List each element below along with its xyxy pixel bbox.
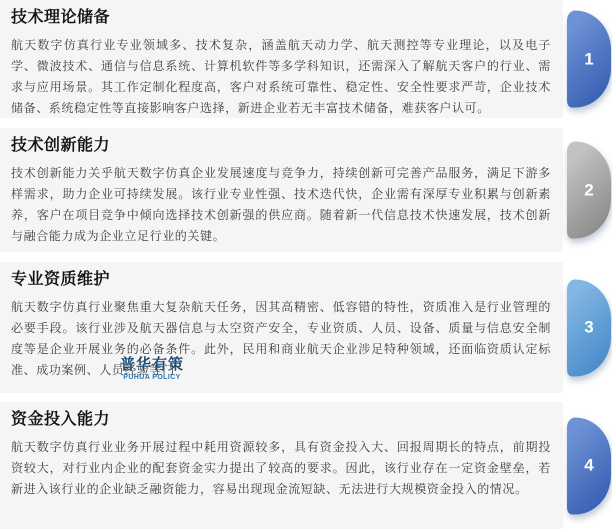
number-badge-1: 1 [567, 11, 611, 108]
infographic-canvas: 技术理论储备 航天数字仿真行业专业领域多、技术复杂，涵盖航天动力学、航天测控等专… [0, 0, 612, 529]
section-body-text: 技术创新能力关乎航天数字仿真企业发展速度与竞争力，持续创新可完善产品服务，满足下… [11, 163, 551, 247]
section-card: 资金投入能力 航天数字仿真行业业务开展过程中耗用资源较多，具有资金投入大、回报周… [0, 402, 563, 529]
section-innovation-capability: 技术创新能力 技术创新能力关乎航天数字仿真企业发展速度与竞争力，持续创新可完善产… [0, 128, 612, 252]
badge-number: 3 [584, 318, 593, 338]
badge-number: 4 [584, 456, 593, 476]
section-body-text: 航天数字仿真行业业务开展过程中耗用资源较多，具有资金投入大、回报周期长的特点，前… [11, 437, 551, 500]
section-title: 技术理论储备 [11, 7, 551, 29]
section-card: 专业资质维护 航天数字仿真行业聚焦重大复杂航天任务，因其高精密、低容错的特性，资… [0, 262, 563, 393]
badge-number: 1 [584, 49, 593, 69]
section-qualification-maintenance: 专业资质维护 航天数字仿真行业聚焦重大复杂航天任务，因其高精密、低容错的特性，资… [0, 262, 612, 393]
section-title: 资金投入能力 [11, 409, 551, 431]
section-card: 技术创新能力 技术创新能力关乎航天数字仿真企业发展速度与竞争力，持续创新可完善产… [0, 128, 563, 252]
number-badge-2: 2 [567, 142, 611, 239]
section-title: 专业资质维护 [11, 269, 551, 291]
section-technical-theory: 技术理论储备 航天数字仿真行业专业领域多、技术复杂，涵盖航天动力学、航天测控等专… [0, 0, 612, 118]
section-card: 技术理论储备 航天数字仿真行业专业领域多、技术复杂，涵盖航天动力学、航天测控等专… [0, 0, 563, 118]
section-capital-investment: 资金投入能力 航天数字仿真行业业务开展过程中耗用资源较多，具有资金投入大、回报周… [0, 402, 612, 529]
number-badge-4: 4 [567, 417, 611, 514]
section-body-text: 航天数字仿真行业聚焦重大复杂航天任务，因其高精密、低容错的特性，资质准入是行业管… [11, 297, 551, 381]
section-title: 技术创新能力 [11, 135, 551, 157]
badge-number: 2 [584, 180, 593, 200]
number-badge-3: 3 [567, 279, 611, 376]
section-body-text: 航天数字仿真行业专业领域多、技术复杂，涵盖航天动力学、航天测控等专业理论，以及电… [11, 35, 551, 118]
